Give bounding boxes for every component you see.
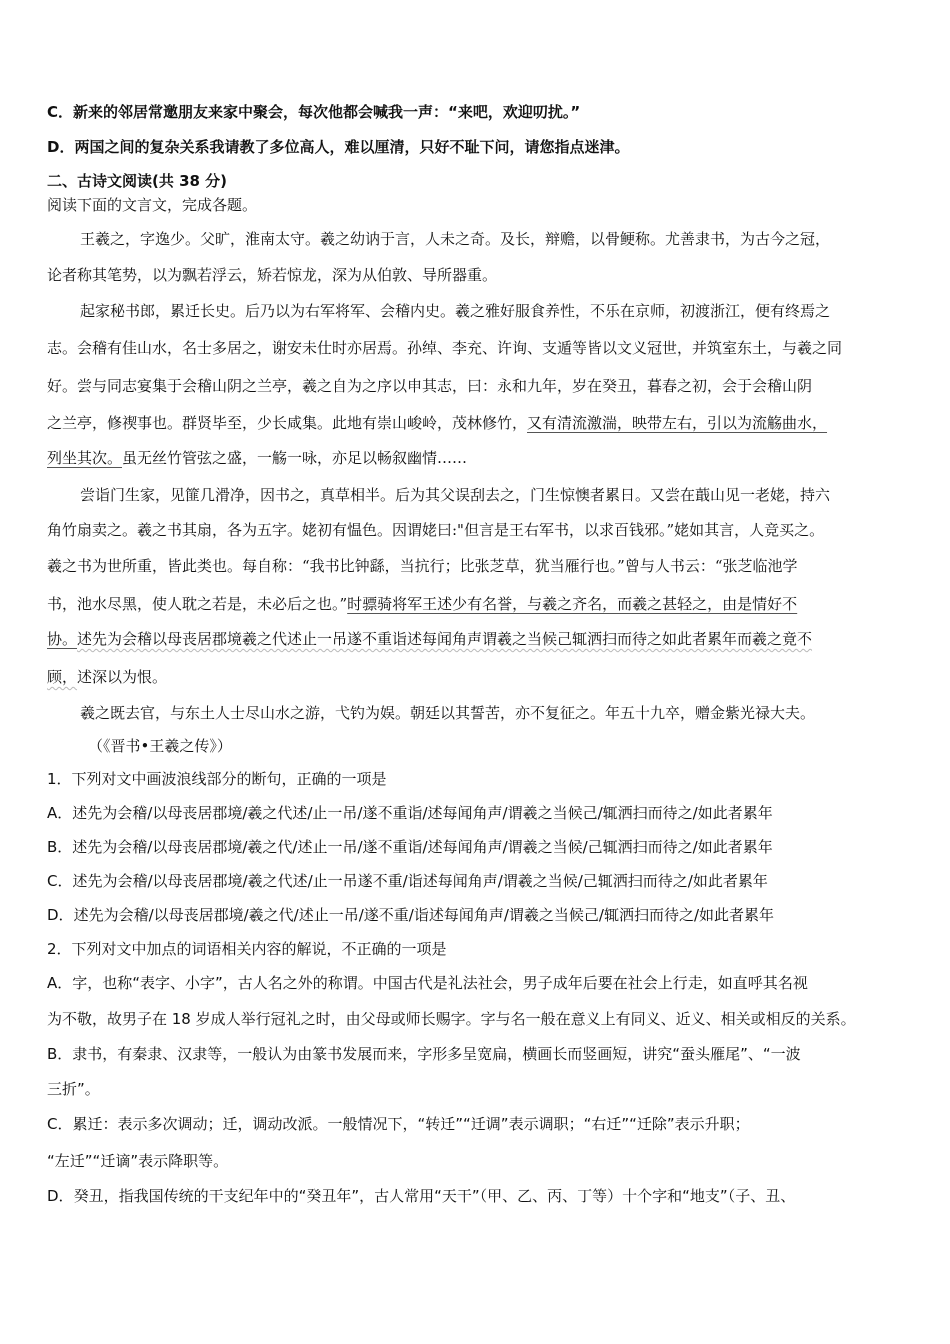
question-1-option-a[interactable]: A．述先为会稽/以母丧居郡境/羲之代述/止一吊/遂不重诣/述每闻角声/谓羲之当候… — [47, 802, 907, 824]
passage-p3-line2: 角竹扇卖之。羲之书其扇，各为五字。姥初有愠色。因谓姥曰:"但言是王右军书，以求百… — [47, 519, 907, 541]
question-2-option-c-line1[interactable]: C．累迁：表示多次调动；迁，调动改派。一般情况下，“转迁”“迁调”表示调职；“右… — [47, 1113, 907, 1135]
option-text: 癸丑，指我国传统的干支纪年中的“癸丑年”，古人常用“天干”（甲、乙、丙、丁等）十… — [74, 1187, 796, 1205]
option-text: 述先为会稽/以母丧居郡境/羲之代/述止一吊/遂不重/诣述每闻角声/谓羲之当候己/… — [74, 906, 774, 924]
wavy-underlined-passage: 述先为会稽以母丧居郡境羲之代述止一吊遂不重诣述每闻角声谓羲之当候己辄洒扫而待之如… — [77, 630, 812, 648]
exam-page: C．新来的邻居常邀朋友来家中聚会，每次他都会喊我一声：“来吧，欢迎叨扰。” D．… — [0, 0, 950, 1344]
question-2-stem: 2．下列对文中加点的词语相关内容的解说，不正确的一项是 — [47, 938, 907, 960]
underlined-sentence: 时骠骑将军王述少有名誉，与羲之齐名，而羲之甚轻之，由是情好不 — [347, 595, 797, 613]
option-label: C． — [47, 872, 72, 890]
option-label: B． — [47, 1045, 72, 1063]
option-label: D． — [47, 906, 74, 924]
passage-citation: （《晋书•王羲之传》） — [88, 735, 948, 757]
option-text: 述先为会稽/以母丧居郡境/羲之代述/止一吊遂不重/诣述每闻角声/谓羲之当候/己辄… — [72, 872, 767, 890]
passage-p3-line6: 顾，述深以为恨。 — [47, 666, 907, 688]
underlined-sentence: 协。 — [47, 630, 77, 648]
question-1-option-b[interactable]: B．述先为会稽/以母丧居郡境/羲之代/述止一吊/遂不重诣/述每闻角声/谓羲之当候… — [47, 836, 907, 858]
passage-p3-line5: 协。述先为会稽以母丧居郡境羲之代述止一吊遂不重诣述每闻角声谓羲之当候己辄洒扫而待… — [47, 628, 907, 650]
option-text: 两国之间的复杂关系我请教了多位高人，难以厘清，只好不耻下问，请您指点迷津。 — [74, 138, 629, 156]
option-text: 述先为会稽/以母丧居郡境/羲之代述/止一吊/遂不重诣/述每闻角声/谓羲之当候己/… — [72, 804, 772, 822]
question-1-option-d[interactable]: D．述先为会稽/以母丧居郡境/羲之代/述止一吊/遂不重/诣述每闻角声/谓羲之当候… — [47, 904, 907, 926]
passage-text: 书，池水尽黑，使人耽之若是，未必后之也。” — [47, 595, 347, 613]
option-label: C． — [47, 103, 73, 121]
passage-p4: 羲之既去官，与东土人士尽山水之游，弋钓为娱。朝廷以其誓苦，亦不复征之。年五十九卒… — [80, 702, 907, 724]
passage-p2-line5: 列坐其次。虽无丝竹管弦之盛，一觞一咏，亦足以畅叙幽情…… — [47, 447, 907, 469]
passage-text: 述深以为恨。 — [77, 668, 167, 686]
section-title: 二、古诗文阅读(共 38 分) — [47, 170, 907, 192]
passage-p3-line3: 羲之书为世所重，皆此类也。每自称：“我书比钟繇，当抗行；比张芝草，犹当雁行也。”… — [47, 555, 907, 577]
option-text: 累迁：表示多次调动；迁，调动改派。一般情况下，“转迁”“迁调”表示调职；“右迁”… — [72, 1115, 749, 1133]
question-1-option-c[interactable]: C．述先为会稽/以母丧居郡境/羲之代述/止一吊遂不重/诣述每闻角声/谓羲之当候/… — [47, 870, 907, 892]
passage-p2-line3: 好。尝与同志宴集于会稽山阴之兰亭，羲之自为之序以申其志，曰：永和九年，岁在癸丑，… — [47, 375, 907, 397]
passage-text: 虽无丝竹管弦之盛，一觞一咏，亦足以畅叙幽情…… — [122, 449, 467, 467]
passage-p2-line4: 之兰亭，修禊事也。群贤毕至，少长咸集。此地有崇山峻岭，茂林修竹，又有清流激湍，映… — [47, 412, 907, 434]
passage-p2-line1: 起家秘书郎，累迁长史。后乃以为右军将军、会稽内史。羲之雅好服食养性，不乐在京师，… — [80, 300, 907, 322]
option-label: D． — [47, 1187, 74, 1205]
option-label: A． — [47, 974, 72, 992]
option-text: 述先为会稽/以母丧居郡境/羲之代/述止一吊/遂不重诣/述每闻角声/谓羲之当候/己… — [72, 838, 772, 856]
passage-p3-line1: 尝诣门生家，见篚几滑净，因书之，真草相半。后为其父误刮去之，门生惊懊者累日。又尝… — [80, 484, 907, 506]
option-text: 新来的邻居常邀朋友来家中聚会，每次他都会喊我一声：“来吧，欢迎叨扰。” — [73, 103, 580, 121]
passage-p1-line2: 论者称其笔势，以为飘若浮云，矫若惊龙，深为从伯敦、导所器重。 — [47, 264, 907, 286]
question-2-option-a-line2: 为不敬，故男子在 18 岁成人举行冠礼之时，由父母或师长赐字。字与名一般在意义上… — [47, 1008, 917, 1030]
question-2-option-a-line1[interactable]: A．字，也称“表字、小字”，古人名之外的称谓。中国古代是礼法社会，男子成年后要在… — [47, 972, 907, 994]
question-2-option-b-line1[interactable]: B．隶书，有秦隶、汉隶等，一般认为由篆书发展而来，字形多呈宽扁，横画长而竖画短，… — [47, 1043, 907, 1065]
section-instruction: 阅读下面的文言文，完成各题。 — [47, 194, 907, 216]
passage-text: 之兰亭，修禊事也。群贤毕至，少长咸集。此地有崇山峻岭，茂林修竹， — [47, 414, 527, 432]
option-label: D． — [47, 138, 74, 156]
question-2-option-b-line2: 三折”。 — [47, 1078, 907, 1100]
option-label: A． — [47, 804, 72, 822]
prev-option-d: D．两国之间的复杂关系我请教了多位高人，难以厘清，只好不耻下问，请您指点迷津。 — [47, 136, 907, 158]
passage-p3-line4: 书，池水尽黑，使人耽之若是，未必后之也。”时骠骑将军王述少有名誉，与羲之齐名，而… — [47, 593, 907, 615]
question-2-option-d-line1[interactable]: D．癸丑，指我国传统的干支纪年中的“癸丑年”，古人常用“天干”（甲、乙、丙、丁等… — [47, 1185, 907, 1207]
option-text: 字，也称“表字、小字”，古人名之外的称谓。中国古代是礼法社会，男子成年后要在社会… — [72, 974, 808, 992]
option-label: C． — [47, 1115, 72, 1133]
prev-option-c: C．新来的邻居常邀朋友来家中聚会，每次他都会喊我一声：“来吧，欢迎叨扰。” — [47, 101, 907, 123]
underlined-sentence: 列坐其次。 — [47, 449, 122, 467]
question-1-stem: 1．下列对文中画波浪线部分的断句，正确的一项是 — [47, 768, 907, 790]
underlined-sentence: 又有清流激湍，映带左右，引以为流觞曲水， — [527, 414, 827, 432]
option-label: B． — [47, 838, 72, 856]
option-text: 隶书，有秦隶、汉隶等，一般认为由篆书发展而来，字形多呈宽扁，横画长而竖画短，讲究… — [72, 1045, 800, 1063]
wavy-underlined-passage: 顾， — [47, 668, 77, 686]
passage-p1-line1: 王羲之，字逸少。父旷，淮南太守。羲之幼讷于言，人未之奇。及长，辩赡，以骨鲠称。尤… — [80, 228, 907, 250]
question-2-option-c-line2: “左迁”“迁谪”表示降职等。 — [47, 1150, 907, 1172]
passage-p2-line2: 志。会稽有佳山水，名士多居之，谢安未仕时亦居焉。孙绰、李充、许询、支遁等皆以文义… — [47, 337, 907, 359]
